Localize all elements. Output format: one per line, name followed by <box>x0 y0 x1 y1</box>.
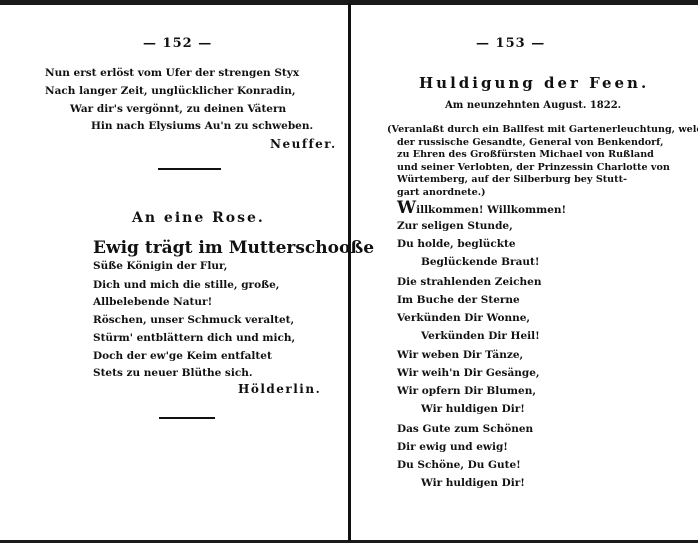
poem-line-text: Ewig trägt im Mutterschooße <box>93 238 374 258</box>
poem-line: Die strahlenden Zeichen <box>397 276 541 288</box>
page-number: — 152 — <box>143 36 212 51</box>
poem-line: Ewig trägt im Mutterschooße <box>93 238 374 258</box>
author-signature: Neuffer. <box>270 137 337 151</box>
section-divider <box>159 417 215 419</box>
poem-line: Doch der ew'ge Keim entfaltet <box>93 350 272 362</box>
poem-line: Zur seligen Stunde, <box>397 220 513 232</box>
author-signature: Hölderlin. <box>238 382 321 396</box>
poem-line: Du Schöne, Du Gute! <box>397 459 521 471</box>
note-line: (Veranlaßt durch ein Ballfest mit Garten… <box>387 124 695 137</box>
poem-line: Willkommen! Willkommen! <box>397 198 566 218</box>
section-divider <box>158 168 221 170</box>
poem-line: Allbelebende Natur! <box>93 296 212 308</box>
left-page: — 152 — Nun erst erlöst vom Ufer der str… <box>0 0 348 546</box>
poem-line: Beglückende Braut! <box>421 256 539 268</box>
note-line: Würtemberg, auf der Silberburg bey Stutt… <box>397 174 695 187</box>
poem-line: Nach langer Zeit, unglücklicher Konradin… <box>45 85 295 97</box>
poem-line: Wir huldigen Dir! <box>421 403 525 415</box>
date-line: Am neunzehnten August. 1822. <box>445 100 621 111</box>
right-page: — 153 — Huldigung der Feen. Am neunzehnt… <box>351 0 698 546</box>
poem-line: Hin nach Elysiums Au'n zu schweben. <box>91 120 313 132</box>
poem-line: Wir weih'n Dir Gesänge, <box>397 367 540 379</box>
poem-line: Das Gute zum Schönen <box>397 423 533 435</box>
note-line: der russische Gesandte, General von Benk… <box>397 137 695 150</box>
poem-line: Im Buche der Sterne <box>397 294 520 306</box>
poem-line: Du holde, beglückte <box>397 238 516 250</box>
poem-title: An eine Rose. <box>132 210 265 226</box>
poem-line: Nun erst erlöst vom Ufer der strengen St… <box>45 67 299 79</box>
poem-title: Huldigung der Feen. <box>419 74 649 92</box>
poem-line: Dich und mich die stille, große, <box>93 279 279 291</box>
poem-line: War dir's vergönnt, zu deinen Vätern <box>70 103 286 115</box>
note-line: zu Ehren des Großfürsten Michael von Ruß… <box>397 149 695 162</box>
poem-line: Verkünden Dir Heil! <box>421 330 540 342</box>
poem-line: Dir ewig und ewig! <box>397 441 508 453</box>
poem-line: Süße Königin der Flur, <box>93 260 227 272</box>
poem-line: Wir weben Dir Tänze, <box>397 349 523 361</box>
poem-line: Wir opfern Dir Blumen, <box>397 385 536 397</box>
poem-line: Verkünden Dir Wonne, <box>397 312 530 324</box>
poem-line: Stets zu neuer Blüthe sich. <box>93 367 253 379</box>
poem-line: Röschen, unser Schmuck veraltet, <box>93 314 294 326</box>
poem-line: Wir huldigen Dir! <box>421 477 525 489</box>
poem-line: Stürm' entblättern dich und mich, <box>93 332 295 344</box>
page-number: — 153 — <box>476 36 545 51</box>
note-line: und seiner Verlobten, der Prinzessin Cha… <box>397 162 695 175</box>
occasion-note: (Veranlaßt durch ein Ballfest mit Garten… <box>387 124 695 200</box>
